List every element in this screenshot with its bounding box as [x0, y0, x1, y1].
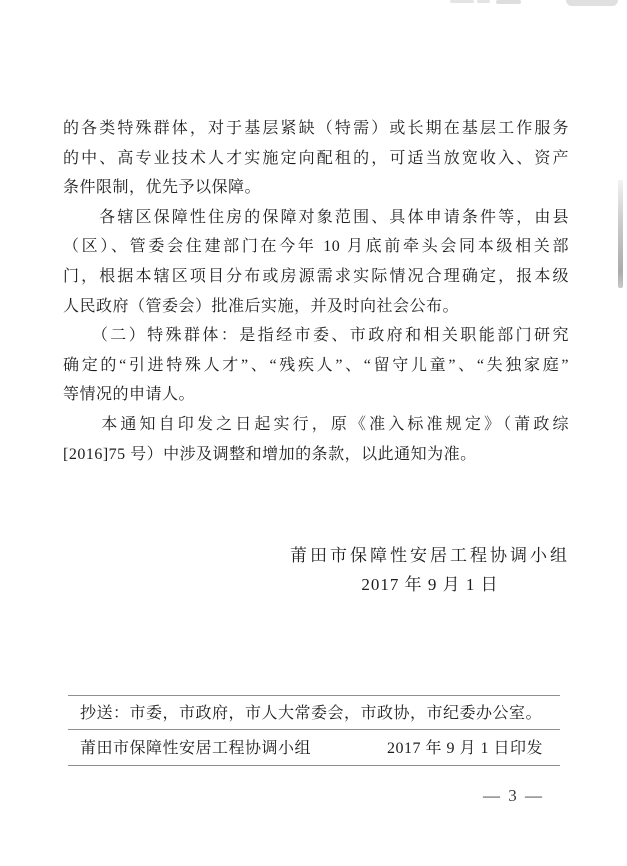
issue-row: 莆田市保障性安居工程协调小组 2017 年 9 月 1 日印发 — [80, 738, 543, 760]
body-line: 的各类特殊群体，对于基层紧缺（特需）或长期在基层工作服务 — [63, 114, 569, 144]
body-line: 的中、高专业技术人才实施定向配租的，可适当放宽收入、资产 — [63, 144, 569, 174]
body-line: 本通知自印发之日起实行，原《准入标准规定》（莆政综 — [63, 410, 569, 440]
page-number: — 3 — — [483, 786, 544, 806]
body-line: [2016]75 号）中涉及调整和增加的条款，以此通知为准。 — [63, 440, 569, 470]
signature-block: 莆田市保障性安居工程协调小组 2017 年 9 月 1 日 — [290, 541, 570, 599]
body-line: （二）特殊群体：是指经市委、市政府和相关职能部门研究 — [63, 321, 569, 351]
scan-smudge — [566, 0, 618, 6]
footer-issuer: 莆田市保障性安居工程协调小组 — [80, 738, 311, 760]
scan-smudge — [450, 0, 474, 3]
scan-smudge — [477, 0, 490, 3]
body-line: 各辖区保障性住房的保障对象范围、具体申请条件等，由县 — [63, 203, 569, 233]
document-body: 的各类特殊群体，对于基层紧缺（特需）或长期在基层工作服务 的中、高专业技术人才实… — [63, 114, 569, 469]
body-line: （区）、管委会住建部门在今年 10 月底前牵头会同本级相关部 — [63, 232, 569, 262]
body-line: 确定的“引进特殊人才”、“残疾人”、“留守儿童”、“失独家庭” — [63, 351, 569, 381]
body-line: 条件限制，优先予以保障。 — [63, 173, 569, 203]
footer-divider-bottom — [68, 765, 560, 766]
signature-org: 莆田市保障性安居工程协调小组 — [290, 541, 570, 570]
document-page: 的各类特殊群体，对于基层紧缺（特需）或长期在基层工作服务 的中、高专业技术人才实… — [0, 0, 627, 866]
footer-divider-top — [68, 695, 560, 696]
signature-date: 2017 年 9 月 1 日 — [290, 570, 570, 599]
body-line: 门，根据本辖区项目分布或房源需求实际情况合理确定，报本级 — [63, 262, 569, 292]
footer-divider-middle — [68, 729, 560, 730]
scan-smudge — [496, 0, 521, 4]
cc-line-text: 抄送：市委，市政府，市人大常委会，市政协，市纪委办公室。 — [80, 705, 542, 722]
scan-streak — [618, 180, 623, 288]
body-line: 等情况的申请人。 — [63, 380, 569, 410]
body-line: 人民政府（管委会）批准后实施，并及时向社会公布。 — [63, 292, 569, 322]
footer-print-date: 2017 年 9 月 1 日印发 — [387, 738, 543, 760]
cc-row: 抄送：市委，市政府，市人大常委会，市政协，市纪委办公室。 — [80, 703, 550, 725]
